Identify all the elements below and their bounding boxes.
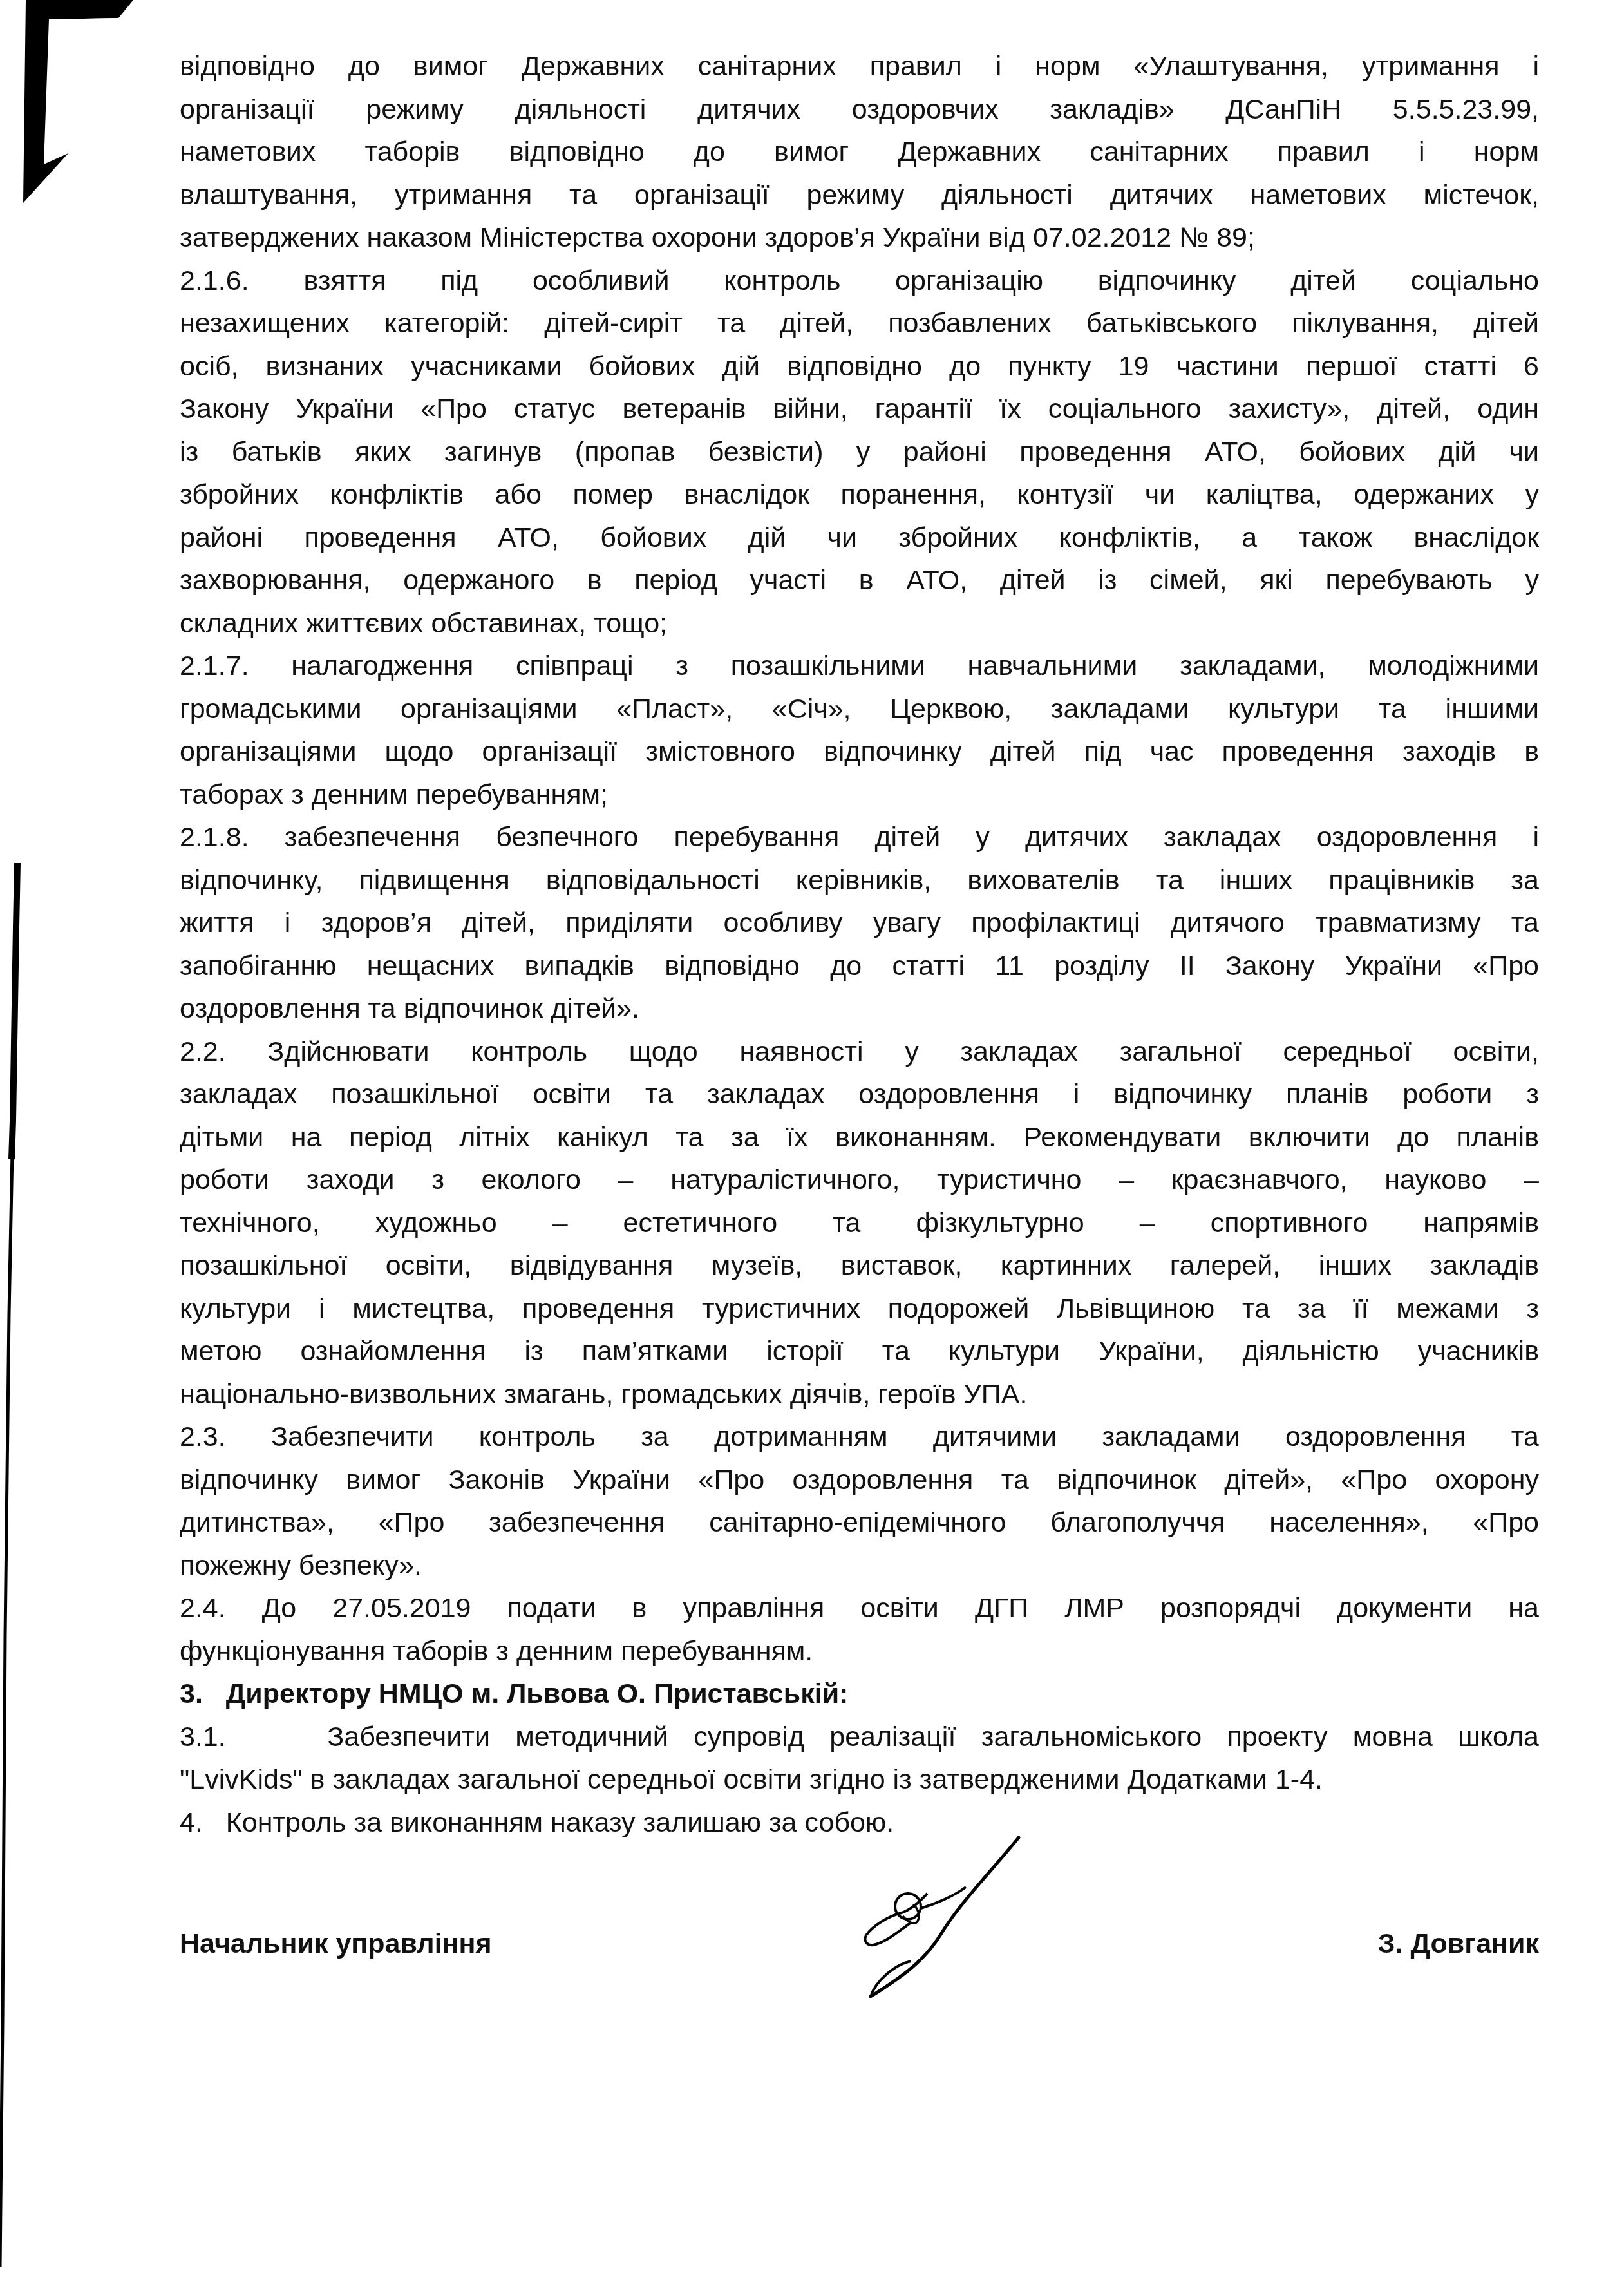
- text-line: 2.3. Забезпечити контроль за дотриманням…: [180, 1416, 1539, 1459]
- section-heading: 3. Директору НМЦО м. Львова О. Приставсь…: [180, 1673, 1539, 1716]
- document-body-text: відповідно до вимог Державних санітарних…: [180, 45, 1539, 1844]
- text-line: національно-визвольних змагань, громадсь…: [180, 1373, 1539, 1416]
- text-line: 3.1. Забезпечити методичний супровід реа…: [180, 1716, 1539, 1759]
- text-line: роботи заходи з еколого – натуралістично…: [180, 1159, 1539, 1202]
- text-line: організації режиму діяльності дитячих оз…: [180, 88, 1539, 131]
- text-line: відпочинку, підвищення відповідальності …: [180, 859, 1539, 902]
- handwritten-signature: [863, 1832, 1030, 2000]
- text-line: оздоровлення та відпочинок дітей».: [180, 987, 1539, 1030]
- text-line: 2.1.6. взяття під особливий контроль орг…: [180, 260, 1539, 303]
- text-line: закладах позашкільної освіти та закладах…: [180, 1073, 1539, 1116]
- text-line: районі проведення АТО, бойових дій чи зб…: [180, 517, 1539, 560]
- text-line: відповідно до вимог Державних санітарних…: [180, 45, 1539, 88]
- text-line: громадськими організаціями «Пласт», «Січ…: [180, 688, 1539, 731]
- document-page: відповідно до вимог Державних санітарних…: [0, 0, 1624, 2278]
- text-line: таборах з денним перебуванням;: [180, 774, 1539, 817]
- text-line: запобіганню нещасних випадків відповідно…: [180, 945, 1539, 988]
- text-line: 2.2. Здійснювати контроль щодо наявності…: [180, 1030, 1539, 1074]
- signatory-name: З. Довганик: [1378, 1922, 1539, 1965]
- text-line: відпочинку вимог Законів України «Про оз…: [180, 1459, 1539, 1502]
- text-line: дітьми на період літніх канікул та за їх…: [180, 1116, 1539, 1159]
- scan-edge-line: [0, 863, 26, 2267]
- text-line: технічного, художньо – естетичного та фі…: [180, 1202, 1539, 1245]
- text-line: Закону України «Про статус ветеранів вій…: [180, 388, 1539, 431]
- text-line: 2.1.7. налагодження співпраці з позашкіл…: [180, 645, 1539, 688]
- text-line: дитинства», «Про забезпечення санітарно-…: [180, 1501, 1539, 1544]
- text-line: складних життєвих обставинах, тощо;: [180, 602, 1539, 645]
- text-line: "LvivKids" в закладах загальної середньо…: [180, 1758, 1539, 1801]
- text-line: осіб, визнаних учасниками бойових дій ві…: [180, 345, 1539, 388]
- text-line: пожежну безпеку».: [180, 1544, 1539, 1588]
- text-line: 2.4. До 27.05.2019 подати в управління о…: [180, 1587, 1539, 1630]
- text-line: наметових таборів відповідно до вимог Де…: [180, 131, 1539, 174]
- text-line: 4. Контроль за виконанням наказу залишаю…: [180, 1801, 1539, 1845]
- text-line: функціонування таборів з денним перебува…: [180, 1630, 1539, 1673]
- text-line: позашкільної освіти, відвідування музеїв…: [180, 1244, 1539, 1287]
- text-line: 2.1.8. забезпечення безпечного перебуван…: [180, 816, 1539, 859]
- text-line: організаціями щодо організації змістовно…: [180, 730, 1539, 774]
- text-line: життя і здоров’я дітей, приділяти особли…: [180, 902, 1539, 945]
- text-line: влаштування, утримання та організації ре…: [180, 174, 1539, 217]
- text-line: незахищених категорій: дітей-сиріт та ді…: [180, 302, 1539, 345]
- text-line: культури і мистецтва, проведення туристи…: [180, 1287, 1539, 1331]
- scan-corner-mark-icon: [23, 0, 136, 203]
- text-line: захворювання, одержаного в період участі…: [180, 559, 1539, 602]
- text-line: із батьків яких загинув (пропав безвісти…: [180, 431, 1539, 474]
- text-line: метою ознайомлення із пам’ятками історії…: [180, 1330, 1539, 1373]
- signature-row: Начальник управління З. Довганик: [180, 1922, 1539, 1965]
- text-line: збройних конфліктів або помер внаслідок …: [180, 473, 1539, 517]
- text-line: затверджених наказом Міністерства охорон…: [180, 216, 1539, 260]
- signatory-position: Начальник управління: [180, 1922, 492, 1965]
